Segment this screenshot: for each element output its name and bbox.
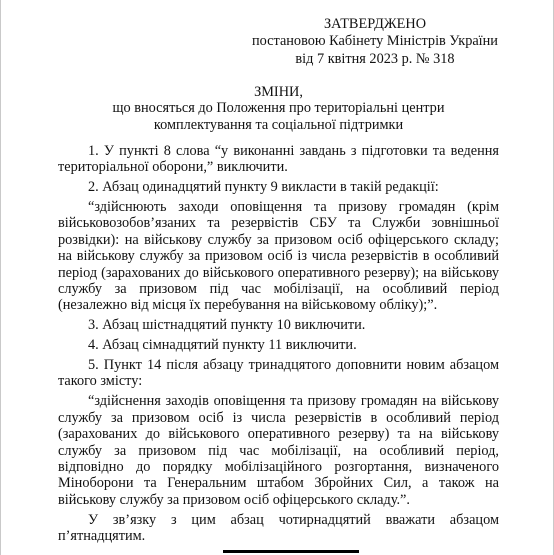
paragraph-quote-1: “здійснюють заходи оповіщення та призову… <box>58 199 499 314</box>
paragraph-point-4: 4. Абзац сімнадцятий пункту 11 виключити… <box>58 337 499 353</box>
paragraph-point-2: 2. Абзац одинадцятий пункту 9 викласти в… <box>58 179 499 195</box>
document-content: ЗАТВЕРДЖЕНО постановою Кабінету Міністрі… <box>1 0 553 545</box>
approval-authority: постановою Кабінету Міністрів України <box>251 33 499 50</box>
document-title: ЗМІНИ, що вносяться до Положення про тер… <box>58 84 499 134</box>
approval-block: ЗАТВЕРДЖЕНО постановою Кабінету Міністрі… <box>251 16 499 68</box>
paragraph-point-3: 3. Абзац шістнадцятий пункту 10 виключит… <box>58 317 499 333</box>
title-word: ЗМІНИ, <box>58 84 499 101</box>
document-body: 1. У пункті 8 слова “у виконанні завдань… <box>58 143 499 545</box>
paragraph-point-5: 5. Пункт 14 після абзацу тринадцятого до… <box>58 357 499 390</box>
paragraph-quote-2: “здійснення заходів оповіщення та призов… <box>58 393 499 508</box>
paragraph-point-1: 1. У пункті 8 слова “у виконанні завдань… <box>58 143 499 176</box>
title-subject-line-2: комплектування та соціальної підтримки <box>58 117 499 134</box>
document-page: ЗАТВЕРДЖЕНО постановою Кабінету Міністрі… <box>0 0 554 555</box>
paragraph-renumbering-note: У зв’язку з цим абзац чотирнадцятий вваж… <box>58 512 499 545</box>
title-subject-line-1: що вносяться до Положення про територіал… <box>58 100 499 117</box>
approval-stamp-label: ЗАТВЕРДЖЕНО <box>251 16 499 33</box>
approval-date-number: від 7 квітня 2023 р. № 318 <box>251 51 499 68</box>
bottom-divider-line <box>223 550 359 553</box>
